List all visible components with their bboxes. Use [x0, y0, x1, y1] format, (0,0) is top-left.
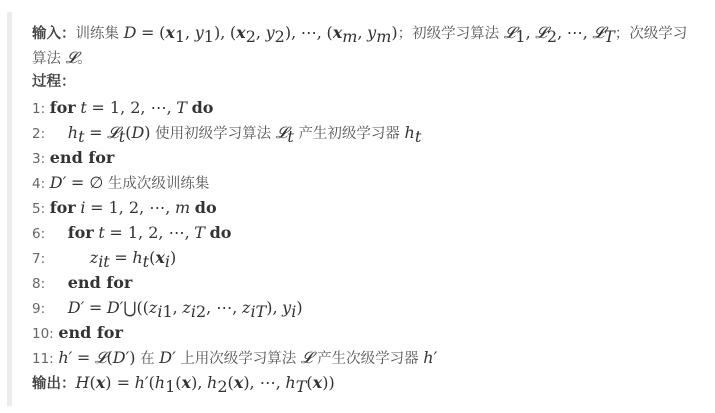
process-label: 过程：: [32, 74, 76, 90]
step-3: 3: end for: [32, 145, 702, 170]
step-5: 5: for i = 1, 2, ⋯, m do: [32, 195, 702, 220]
step-4: 4: D′ = ∅ 生成次级训练集: [32, 170, 702, 195]
input-line-continued: 算法 𝓛。: [32, 45, 702, 70]
output-label: 输出：: [32, 376, 76, 392]
step-8: 8: end for: [32, 270, 702, 295]
step-2: 2: ht = 𝓛t(D) 使用初级学习算法 𝓛t 产生初级学习器 ht: [32, 120, 702, 145]
output-line: 输出：H(x) = h′(h1(x), h2(x), ⋯, hT(x)): [32, 370, 702, 395]
step-6: 6: for t = 1, 2, ⋯, T do: [32, 220, 702, 245]
step-9: 9: D′ = D′⋃((zi1, zi2, ⋯, ziT), yi): [32, 295, 702, 320]
step-1: 1: for t = 1, 2, ⋯, T do: [32, 95, 702, 120]
step-7: 7: zit = ht(xi): [32, 245, 702, 270]
input-line: 输入：训练集 D = (x1, y1), (x2, y2), ⋯, (xm, y…: [32, 20, 702, 45]
step-11: 11: h′ = 𝓛(D′) 在 D′ 上用次级学习算法 𝓛 产生次级学习器 h…: [32, 345, 702, 370]
input-label: 输入：: [32, 26, 76, 42]
step-10: 10: end for: [32, 320, 702, 345]
process-line: 过程：: [32, 70, 702, 95]
stacking-algorithm: 输入：训练集 D = (x1, y1), (x2, y2), ⋯, (xm, y…: [32, 20, 702, 395]
